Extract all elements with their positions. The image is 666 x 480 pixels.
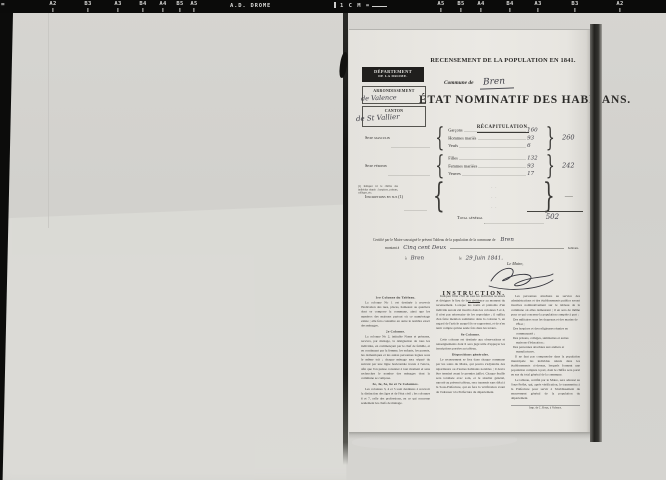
- instruction-paragraph: Des personnes attachées aux ateliers et …: [511, 345, 580, 354]
- instruction-subheading: 2e Colonne.: [361, 330, 430, 334]
- recap-male-items: Garçons160 Hommes mariés93 Veufs6: [448, 126, 542, 149]
- cert-place-handwritten: Bren: [411, 255, 424, 262]
- departement-line1: DÉPARTEMENT: [362, 67, 424, 74]
- instruction-paragraph: La colonne No 1 est destinée à recevoir …: [361, 301, 430, 329]
- instruction-paragraph: Des hospices et des religieuses réunies …: [511, 327, 580, 336]
- handwritten-count: 160: [527, 127, 542, 134]
- blank-dotted-row: . .: [450, 184, 539, 189]
- calibration-mark: A3: [534, 1, 541, 12]
- dotted-leader: [479, 167, 526, 168]
- close-brace: }: [546, 154, 555, 177]
- instruction-paragraph: Indiquer l'état civil de tous les indivi…: [436, 294, 505, 331]
- recap-extra-total-cell: —: [560, 181, 578, 212]
- instruction-subheading: 3e, 4e, 5e, 6e et 7e Colonnes.: [361, 382, 430, 386]
- dotted-leader: [478, 139, 526, 140]
- recap-item-row: Garçons160: [448, 127, 542, 134]
- arrondissement-box: ARRONDISSEMENT de Valence: [362, 86, 426, 104]
- commune-handwritten-value: Bren: [482, 76, 505, 87]
- total-row: Total général 502: [365, 213, 578, 225]
- commune-line: Commune de Bren: [444, 77, 505, 87]
- tick-mark: [179, 8, 181, 12]
- instruction-subheading: Dispositions générales.: [436, 353, 505, 357]
- canton-box: CANTON de St Vallier: [362, 106, 426, 127]
- calibration-mark: B3: [84, 1, 91, 12]
- cert-line-3: à Bren le 29 Juin 1841.: [373, 255, 579, 262]
- calibration-mark: A4: [159, 1, 166, 12]
- commune-underline-flourish: [480, 87, 514, 89]
- arrondissement-handwritten-value: de Valence: [361, 93, 397, 102]
- printer-imprint: Imp. de C. Roux, à Valence.: [511, 405, 580, 410]
- open-brace: {: [435, 154, 444, 177]
- recap-group-female: Sexe féminin { Filles132 Femmes mariées9…: [365, 154, 578, 177]
- recap-item-row: Femmes mariées93: [448, 162, 542, 169]
- handwritten-count: 17: [527, 170, 542, 177]
- cert-date-handwritten: 29 Juin 1841.: [466, 255, 503, 262]
- instruction-paragraph: La colonne No 2, intitulée Noms et préno…: [361, 335, 430, 381]
- tick-mark: [87, 8, 89, 12]
- recap-item-row: Filles132: [448, 155, 542, 162]
- recap-group-male: Sexe masculin { Garçons160 Hommes mariés…: [365, 126, 578, 149]
- handwritten-count: 93: [527, 134, 542, 141]
- page-right-fold-shadow: [590, 24, 602, 442]
- instruction-subheading: 1re Colonne du Tableau.: [361, 296, 430, 300]
- recap-female-label: Sexe féminin: [365, 163, 387, 168]
- calibration-mark: A5: [190, 1, 197, 12]
- canton-handwritten-value: de St Vallier: [356, 113, 400, 123]
- instruction-column-2: Indiquer l'état civil de tous les indivi…: [436, 294, 505, 409]
- dotted-leader: [464, 132, 526, 133]
- tick-mark: [480, 8, 482, 12]
- dotted-leader: [388, 176, 430, 177]
- calibration-mark: A2: [49, 1, 56, 12]
- dotted-leader: [391, 148, 430, 149]
- tick-mark: [193, 8, 195, 12]
- scale-label: 1 C M =: [340, 3, 370, 9]
- cert-line-2: montant à Cinq cent Deux habitans.: [373, 244, 579, 251]
- document-top-title: RECENSEMENT DE LA POPULATION EN 1841.: [421, 57, 585, 64]
- cert-amount-handwritten: Cinq cent Deux: [403, 244, 446, 251]
- dotted-leader: [405, 211, 427, 212]
- instruction-paragraph: Les colonnes 3, 4 et 5 sont destinées à …: [361, 387, 430, 405]
- cert-commune-handwritten: Bren: [500, 236, 513, 243]
- commune-label: Commune de: [444, 80, 474, 86]
- blank-dotted-row: . .: [450, 205, 539, 210]
- recap-item-row: Veuves17: [448, 170, 542, 177]
- close-brace: }: [546, 126, 555, 149]
- tick-mark: [117, 8, 119, 12]
- recap-extra-items: . . . . . .: [450, 181, 539, 212]
- departement-box: DÉPARTEMENT DE LA DROME.: [362, 67, 424, 82]
- tick-mark: [440, 8, 442, 12]
- tick-mark: [537, 8, 539, 12]
- cert-habitans-suffix: habitans.: [568, 247, 579, 251]
- handwritten-grand-total: 502: [546, 213, 559, 221]
- book-spine-edge: [343, 13, 348, 465]
- dotted-leader: [459, 160, 525, 161]
- recap-male-label: Sexe masculin: [365, 135, 390, 140]
- tick-mark: [142, 8, 144, 12]
- page-seam-line: [48, 13, 49, 228]
- instruction-columns-wrap: 1re Colonne du Tableau.La colonne No 1 e…: [361, 294, 580, 424]
- tick-mark: [574, 8, 576, 12]
- dotted-leader: [460, 147, 526, 148]
- instruction-subheading: 8e Colonne.: [436, 332, 505, 336]
- calibration-mark: A3: [114, 1, 121, 12]
- recap-item-row: Hommes mariés93: [448, 134, 542, 141]
- calibration-mark: B4: [139, 1, 146, 12]
- calibration-mark: A5: [437, 1, 444, 12]
- cert-line-1: Certifié par le Maire soussigné le prése…: [373, 236, 579, 243]
- total-label: Total général: [457, 215, 483, 220]
- film-calibration-strip: = A2 B3 A3 B4 A4 B5 A5 A.D. DROME 1 C M …: [0, 0, 666, 13]
- instruction-column-1: 1re Colonne du Tableau.La colonne No 1 e…: [361, 294, 430, 409]
- dotted-leader: [462, 175, 525, 176]
- blank-dotted-row: . .: [450, 194, 539, 199]
- instruction-column-3: Les personnes attachées au service des a…: [511, 294, 580, 409]
- handwritten-count: 93: [527, 162, 542, 169]
- scale-dash: [372, 6, 387, 7]
- footnote-wrap: (1) Indiquer ici le chiffre des individu…: [358, 185, 398, 207]
- recap-male-row: Sexe masculin: [365, 126, 432, 149]
- open-brace: {: [435, 126, 444, 149]
- footnote-text: (1) Indiquer ici le chiffre des individu…: [358, 185, 398, 195]
- census-document-page: DÉPARTEMENT DE LA DROME. ARRONDISSEMENT …: [349, 29, 591, 432]
- tick-mark: [162, 8, 164, 12]
- instruction-paragraph: Des militaires sous les drapeaux et des …: [511, 318, 580, 327]
- open-brace: {: [433, 181, 445, 212]
- microfilm-scan-viewport: = A2 B3 A3 B4 A4 B5 A5 A.D. DROME 1 C M …: [0, 0, 666, 480]
- instruction-paragraph: Le recensement se fera dans chaque commu…: [436, 358, 505, 395]
- recap-male-total-cell: 260: [559, 126, 578, 149]
- tick-mark: [460, 8, 462, 12]
- handwritten-total: 260: [562, 134, 574, 142]
- tick-mark: [52, 8, 54, 12]
- handwritten-total: 242: [562, 162, 574, 170]
- dotted-leader: [484, 224, 544, 225]
- page-title: ÉTAT NOMINATIF DES HABITANS.: [419, 94, 589, 106]
- departement-line2: DE LA DROME.: [362, 74, 424, 78]
- canton-label: CANTON: [363, 107, 425, 113]
- calibration-mark: A4: [477, 1, 484, 12]
- handwritten-dash-line: [450, 249, 564, 250]
- sum-rule: [527, 211, 583, 212]
- instruction-paragraph: Cette colonne est destinée aux observati…: [436, 337, 505, 351]
- film-edge-mark: =: [1, 1, 5, 8]
- calibration-mark: B5: [176, 1, 183, 12]
- tick-mark: [509, 8, 511, 12]
- archive-label: A.D. DROME: [230, 3, 271, 9]
- tick-mark: [619, 8, 621, 12]
- calibration-mark: A2: [616, 1, 623, 12]
- calibration-mark: B5: [457, 1, 464, 12]
- instruction-paragraph: Des prisons, colléges, séminaires et aut…: [511, 336, 580, 345]
- recap-item-row: Veufs6: [448, 142, 542, 149]
- calibration-mark: B4: [506, 1, 513, 12]
- recap-female-items: Filles132 Femmes mariées93 Veuves17: [448, 154, 542, 177]
- instruction-paragraph: Le tableau, certifié par le Maire, sera …: [511, 378, 580, 401]
- arrondissement-label: ARRONDISSEMENT: [363, 87, 425, 93]
- recap-female-row: Sexe féminin: [365, 154, 432, 177]
- handwritten-count: 132: [527, 155, 542, 162]
- scale-separator: [334, 2, 336, 8]
- instruction-paragraph: Il ne faut pas comprendre dans la popula…: [511, 354, 580, 377]
- instruction-paragraph: Les personnes attachées au service des a…: [511, 294, 580, 317]
- close-brace: }: [543, 181, 555, 212]
- handwritten-count: 6: [527, 142, 542, 149]
- recap-female-total-cell: 242: [559, 154, 578, 177]
- calibration-mark: B3: [571, 1, 578, 12]
